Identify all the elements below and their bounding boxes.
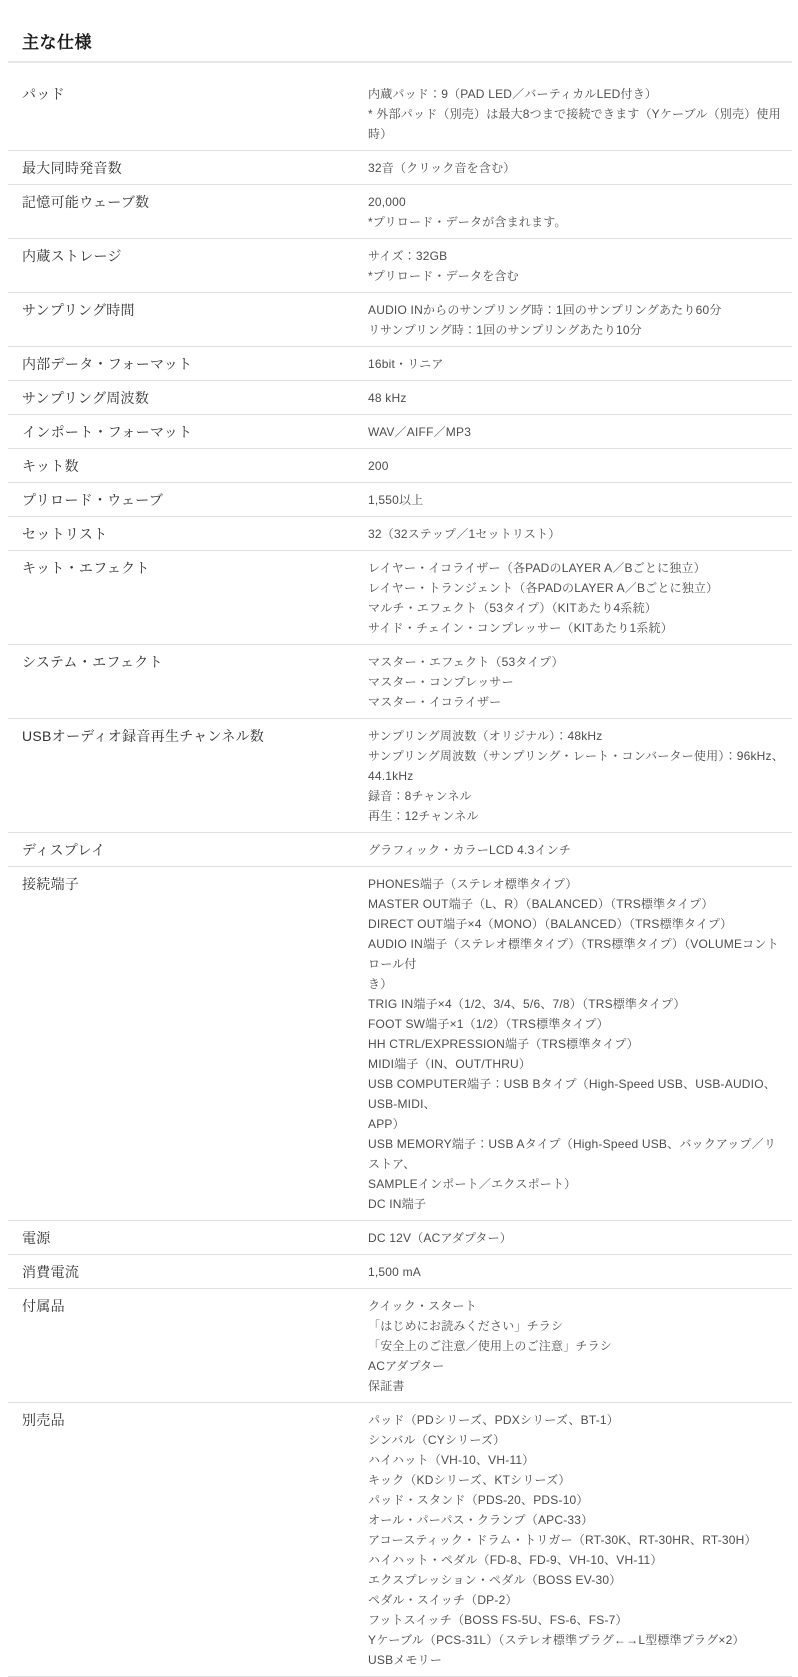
spec-label: プリロード・ウェーブ (8, 490, 368, 510)
spec-value: マスター・エフェクト（53タイプ）マスター・コンプレッサーマスター・イコライザー (368, 652, 792, 712)
spec-value: 20,000*プリロード・データが含まれます。 (368, 192, 792, 232)
spec-value: 48 kHz (368, 388, 792, 408)
spec-value: PHONES端子（ステレオ標準タイプ）MASTER OUT端子（L、R）（BAL… (368, 874, 792, 1214)
spec-value: 1,500 mA (368, 1262, 792, 1282)
spec-value-line: 48 kHz (368, 388, 786, 408)
spec-value-line: アコースティック・ドラム・トリガー（RT-30K、RT-30HR、RT-30H） (368, 1530, 786, 1550)
spec-value-line: 保証書 (368, 1376, 786, 1396)
spec-value-line: キック（KDシリーズ、KTシリーズ） (368, 1470, 786, 1490)
spec-value: サイズ：32GB*プリロード・データを含む (368, 246, 792, 286)
spec-value-line: ハイハット（VH-10、VH-11） (368, 1450, 786, 1470)
spec-label: 内部データ・フォーマット (8, 354, 368, 374)
spec-label: 別売品 (8, 1410, 368, 1430)
spec-label: 記憶可能ウェーブ数 (8, 192, 368, 212)
spec-row: サンプリング時間AUDIO INからのサンプリング時：1回のサンプリングあたり6… (8, 293, 792, 347)
spec-label: サンプリング時間 (8, 300, 368, 320)
spec-section: 主な仕様 パッド内蔵パッド：9（PAD LED／バーティカルLED付き）* 外部… (8, 14, 792, 1677)
spec-row: 接続端子PHONES端子（ステレオ標準タイプ）MASTER OUT端子（L、R）… (8, 867, 792, 1221)
spec-row: キット数200 (8, 449, 792, 483)
spec-value-line: DC 12V（ACアダプター） (368, 1228, 786, 1248)
spec-value-line: サンプリング周波数（オリジナル）：48kHz (368, 726, 786, 746)
spec-value-line: ACアダプター (368, 1356, 786, 1376)
spec-value-line: PHONES端子（ステレオ標準タイプ） (368, 874, 786, 894)
spec-label: USBオーディオ録音再生チャンネル数 (8, 726, 368, 746)
spec-value-line: ハイハット・ペダル（FD-8、FD-9、VH-10、VH-11） (368, 1550, 786, 1570)
spec-value-line: USBメモリー (368, 1650, 786, 1670)
spec-value-line: サンプリング周波数（サンプリング・レート・コンバーター使用）：96kHz、44.… (368, 746, 786, 786)
spec-value-line: パッド（PDシリーズ、PDXシリーズ、BT-1） (368, 1410, 786, 1430)
spec-value-line: 内蔵パッド：9（PAD LED／バーティカルLED付き） (368, 84, 786, 104)
spec-value: 1,550以上 (368, 490, 792, 510)
spec-value-line: AUDIO INからのサンプリング時：1回のサンプリングあたり60分 (368, 300, 786, 320)
spec-label: システム・エフェクト (8, 652, 368, 672)
spec-value-line: 1,550以上 (368, 490, 786, 510)
spec-value-line: 1,500 mA (368, 1262, 786, 1282)
spec-value-line: パッド・スタンド（PDS-20、PDS-10） (368, 1490, 786, 1510)
spec-value-line: シンバル（CYシリーズ） (368, 1430, 786, 1450)
spec-value-line: リサンプリング時：1回のサンプリングあたり10分 (368, 320, 786, 340)
spec-value: WAV／AIFF／MP3 (368, 422, 792, 442)
spec-value-line: WAV／AIFF／MP3 (368, 422, 786, 442)
spec-label: 消費電流 (8, 1262, 368, 1282)
spec-value-line: サイド・チェイン・コンプレッサー（KITあたり1系統） (368, 618, 786, 638)
spec-label: 接続端子 (8, 874, 368, 894)
spec-row: 付属品クイック・スタート「はじめにお読みください」チラシ「安全上のご注意／使用上… (8, 1289, 792, 1403)
spec-row: 内部データ・フォーマット16bit・リニア (8, 347, 792, 381)
spec-value: サンプリング周波数（オリジナル）：48kHzサンプリング周波数（サンプリング・レ… (368, 726, 792, 826)
spec-value-line: AUDIO IN端子（ステレオ標準タイプ）（TRS標準タイプ）（VOLUMEコン… (368, 934, 786, 974)
spec-row: USBオーディオ録音再生チャンネル数サンプリング周波数（オリジナル）：48kHz… (8, 719, 792, 833)
spec-label: インポート・フォーマット (8, 422, 368, 442)
spec-value: DC 12V（ACアダプター） (368, 1228, 792, 1248)
spec-value-line: レイヤー・イコライザー（各PADのLAYER A／Bごとに独立） (368, 558, 786, 578)
spec-value-line: 32（32ステップ／1セットリスト） (368, 524, 786, 544)
spec-value-line: 録音：8チャンネル (368, 786, 786, 806)
spec-row: パッド内蔵パッド：9（PAD LED／バーティカルLED付き）* 外部パッド（別… (8, 77, 792, 151)
spec-value: 200 (368, 456, 792, 476)
spec-value-line: USB MEMORY端子：USB Aタイプ（High-Speed USB、バック… (368, 1134, 786, 1174)
spec-value-line: 「安全上のご注意／使用上のご注意」チラシ (368, 1336, 786, 1356)
spec-row: システム・エフェクトマスター・エフェクト（53タイプ）マスター・コンプレッサーマ… (8, 645, 792, 719)
spec-label: キット・エフェクト (8, 558, 368, 578)
spec-row: 内蔵ストレージサイズ：32GB*プリロード・データを含む (8, 239, 792, 293)
spec-row: ディスプレイグラフィック・カラーLCD 4.3インチ (8, 833, 792, 867)
spec-value-line: き） (368, 974, 786, 994)
spec-value-line: Yケーブル（PCS-31L）（ステレオ標準プラグ←→L型標準プラグ×2） (368, 1630, 786, 1650)
spec-value-line: マスター・エフェクト（53タイプ） (368, 652, 786, 672)
spec-value-line: 16bit・リニア (368, 354, 786, 374)
spec-value-line: クイック・スタート (368, 1296, 786, 1316)
spec-value-line: エクスプレッション・ペダル（BOSS EV-30） (368, 1570, 786, 1590)
spec-row: キット・エフェクトレイヤー・イコライザー（各PADのLAYER A／Bごとに独立… (8, 551, 792, 645)
spec-value-line: DC IN端子 (368, 1194, 786, 1214)
spec-value: グラフィック・カラーLCD 4.3インチ (368, 840, 792, 860)
spec-value: 32（32ステップ／1セットリスト） (368, 524, 792, 544)
spec-label: 最大同時発音数 (8, 158, 368, 178)
spec-value-line: MIDI端子（IN、OUT/THRU） (368, 1054, 786, 1074)
spec-value-line: MASTER OUT端子（L、R）（BALANCED）（TRS標準タイプ） (368, 894, 786, 914)
spec-row: サンプリング周波数48 kHz (8, 381, 792, 415)
spec-row: 電源DC 12V（ACアダプター） (8, 1221, 792, 1255)
spec-row: インポート・フォーマットWAV／AIFF／MP3 (8, 415, 792, 449)
spec-value-line: レイヤー・トランジェント（各PADのLAYER A／Bごとに独立） (368, 578, 786, 598)
spec-value-line: 32音（クリック音を含む） (368, 158, 786, 178)
spec-label: パッド (8, 84, 368, 104)
spec-value-line: オール・パーパス・クランプ（APC-33） (368, 1510, 786, 1530)
spec-row: プリロード・ウェーブ1,550以上 (8, 483, 792, 517)
spec-value-line: 20,000 (368, 192, 786, 212)
spec-value: パッド（PDシリーズ、PDXシリーズ、BT-1）シンバル（CYシリーズ）ハイハッ… (368, 1410, 792, 1670)
spec-value: 16bit・リニア (368, 354, 792, 374)
spec-value: レイヤー・イコライザー（各PADのLAYER A／Bごとに独立）レイヤー・トラン… (368, 558, 792, 638)
spec-value-line: SAMPLEインポート／エクスポート） (368, 1174, 786, 1194)
spec-row: 記憶可能ウェーブ数20,000*プリロード・データが含まれます。 (8, 185, 792, 239)
spec-value-line: USB COMPUTER端子：USB Bタイプ（High-Speed USB、U… (368, 1074, 786, 1114)
spec-value-line: マスター・イコライザー (368, 692, 786, 712)
spec-value-line: *プリロード・データを含む (368, 266, 786, 286)
spec-label: 内蔵ストレージ (8, 246, 368, 266)
spec-table: パッド内蔵パッド：9（PAD LED／バーティカルLED付き）* 外部パッド（別… (8, 77, 792, 1677)
spec-value: 32音（クリック音を含む） (368, 158, 792, 178)
page-title: 主な仕様 (8, 14, 792, 63)
spec-value-line: グラフィック・カラーLCD 4.3インチ (368, 840, 786, 860)
spec-value-line: マルチ・エフェクト（53タイプ）（KITあたり4系統） (368, 598, 786, 618)
spec-label: 付属品 (8, 1296, 368, 1316)
spec-row: 別売品パッド（PDシリーズ、PDXシリーズ、BT-1）シンバル（CYシリーズ）ハ… (8, 1403, 792, 1677)
spec-value-line: *プリロード・データが含まれます。 (368, 212, 786, 232)
spec-value: 内蔵パッド：9（PAD LED／バーティカルLED付き）* 外部パッド（別売）は… (368, 84, 792, 144)
spec-label: 電源 (8, 1228, 368, 1248)
spec-value-line: サイズ：32GB (368, 246, 786, 266)
spec-value-line: 200 (368, 456, 786, 476)
spec-label: ディスプレイ (8, 840, 368, 860)
spec-value-line: マスター・コンプレッサー (368, 672, 786, 692)
spec-value-line: FOOT SW端子×1（1/2）（TRS標準タイプ） (368, 1014, 786, 1034)
spec-row: 最大同時発音数32音（クリック音を含む） (8, 151, 792, 185)
spec-label: サンプリング周波数 (8, 388, 368, 408)
spec-row: セットリスト32（32ステップ／1セットリスト） (8, 517, 792, 551)
spec-value-line: * 外部パッド（別売）は最大8つまで接続できます（Yケーブル（別売）使用時） (368, 104, 786, 144)
spec-value-line: APP） (368, 1114, 786, 1134)
spec-label: セットリスト (8, 524, 368, 544)
spec-value-line: DIRECT OUT端子×4（MONO）（BALANCED）（TRS標準タイプ） (368, 914, 786, 934)
spec-value: AUDIO INからのサンプリング時：1回のサンプリングあたり60分リサンプリン… (368, 300, 792, 340)
spec-value-line: 再生：12チャンネル (368, 806, 786, 826)
spec-value-line: HH CTRL/EXPRESSION端子（TRS標準タイプ） (368, 1034, 786, 1054)
spec-label: キット数 (8, 456, 368, 476)
spec-row: 消費電流1,500 mA (8, 1255, 792, 1289)
spec-value-line: ペダル・スイッチ（DP-2） (368, 1590, 786, 1610)
spec-value-line: TRIG IN端子×4（1/2、3/4、5/6、7/8）（TRS標準タイプ） (368, 994, 786, 1014)
spec-value-line: 「はじめにお読みください」チラシ (368, 1316, 786, 1336)
spec-value-line: フットスイッチ（BOSS FS-5U、FS-6、FS-7） (368, 1610, 786, 1630)
spec-value: クイック・スタート「はじめにお読みください」チラシ「安全上のご注意／使用上のご注… (368, 1296, 792, 1396)
